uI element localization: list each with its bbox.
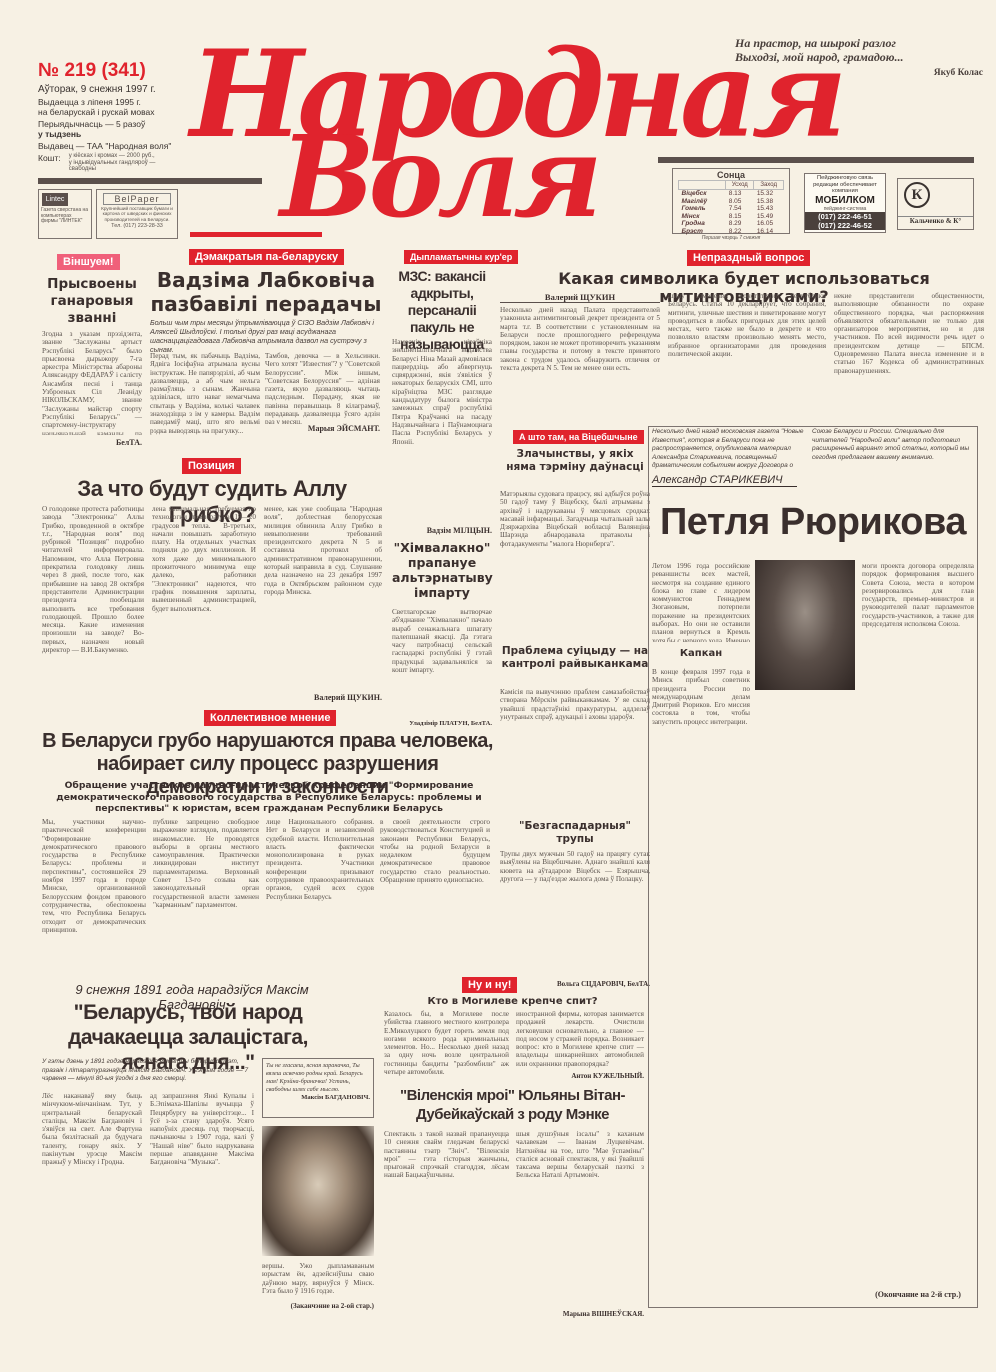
sun-city: Магілёў: [679, 198, 726, 206]
body-gribko-col2: лена минимальная, требуемая по технологи…: [152, 505, 256, 700]
byline-vilenskiya: Марына ВІШНЕЎСКАЯ.: [516, 1310, 644, 1318]
continued-bogdanovich: (Заканчэнне на 2-ой стар.): [262, 1302, 374, 1310]
body-rurikov-col1: Летом 1996 года российские реваншисты вс…: [652, 562, 750, 642]
body-gribko-col3: менее, как уже сообщала "Народная воля",…: [264, 505, 382, 690]
lede-bogdanovich: У гэты дзень у 1891 годзе нарадзіўся выд…: [42, 1058, 252, 1084]
sun-rise: 8.15: [726, 213, 754, 221]
kicker-mogilev: Ну и ну!: [462, 977, 517, 993]
body-labkovich-col2: Тамбов, девочка — в Хельсинки. Чего хотя…: [265, 352, 380, 424]
intro-rurikov-col2: Союзе Беларуси и России. Специально для …: [812, 428, 972, 462]
body-gribko-col1: О голодовке протеста работницы завода "Э…: [42, 505, 144, 700]
kicker-simvolika: Непраздный вопрос: [687, 250, 810, 266]
sun-rise: 8.05: [726, 198, 754, 206]
body-rights-col4: в своей деятельности строго руководствов…: [380, 818, 490, 968]
sun-city: Гомель: [679, 205, 726, 213]
lede-labkovich: Больш чым тры месяцы ўтрымліваюцца ў СІЗ…: [150, 318, 382, 354]
sun-rise: 8.22: [726, 228, 754, 236]
subhead-trupy: "Безгаспадарныя" трупы: [500, 820, 650, 846]
sun-set: 15.43: [754, 205, 784, 213]
sun-row: Віцебск8.1315.32: [679, 190, 784, 198]
sun-table: Усход Заход Віцебск8.1315.32 Магілёў8.05…: [678, 180, 784, 235]
sun-table-title: Сонца: [678, 170, 784, 180]
sun-row: Гомель7.5415.43: [679, 205, 784, 213]
masthead-rule-left: [38, 178, 262, 184]
sun-rise: 8.13: [726, 190, 754, 198]
byline-gribko: Валерий ЩУКИН.: [264, 693, 382, 702]
byline-vitsebsk: Вольга СЦДАРОВІЧ, БелТА.: [500, 980, 650, 988]
masthead-underline: [190, 232, 322, 237]
mobilcom-intro: Пейджинговую связь редакции обеспечивает…: [805, 174, 885, 195]
sun-set: 15.32: [754, 190, 784, 198]
sun-row: Брэст8.2216.14: [679, 228, 784, 236]
body-suicide: Камісія па вывучэнню праблем самазабойст…: [500, 688, 650, 813]
body-labkovich-col1: Перад тым, як пабачыць Вадзіма, Ядвіга І…: [150, 352, 260, 437]
masthead-rule-right: [658, 157, 974, 163]
sun-header-city: [679, 181, 726, 190]
photo-starikevich: [755, 560, 855, 690]
sun-table-box: Сонца Усход Заход Віцебск8.1315.32 Магіл…: [672, 168, 790, 234]
kicker-gribko: Позиция: [182, 458, 241, 474]
body-rurikov-col2: В конце февраля 1997 года в Минск прибыл…: [652, 668, 750, 1298]
sun-footnote: Першая чвэрць 7 снежня: [678, 235, 784, 241]
body-mogilev-col1: Казалось бы, в Могилеве после убийства г…: [384, 1010, 509, 1085]
sun-header-rise: Усход: [726, 181, 754, 190]
poem-box: Ты не згасаеш, ясная зараначка, Ты вязеш…: [262, 1058, 374, 1118]
sun-set: 16.14: [754, 228, 784, 236]
lintec-logo: Lintec: [42, 193, 68, 206]
epigraph: На прастор, на шырокі разлог Выходзі, мо…: [735, 36, 995, 80]
byline-khimvalakno: Уладзімір ПЛАТУН, БелТА.: [392, 720, 492, 727]
headline-rurikov: Петля Рюрикова: [648, 500, 978, 544]
body-vinshuem: Згодна з указам прэзідэнта, званне "Засл…: [42, 330, 142, 435]
sun-set: 15.49: [754, 213, 784, 221]
body-rights-col2: публике запрещено свободное выражение вз…: [153, 818, 259, 968]
byline-vinshuem: БелТА.: [42, 438, 142, 447]
body-trupy: Трупы двух мужчын 50 гадоў на працягу су…: [500, 850, 650, 970]
author-simvolika: Валерий ЩУКИН: [500, 292, 660, 303]
byline-mzs: Вадзім МІЛЦЫН.: [392, 526, 492, 535]
author-rurikov: Александр СТАРИКЕВИЧ: [652, 474, 797, 487]
body-khimvalakno: Светлагорскае вытворчае аб'яднанне "Хімв…: [392, 608, 492, 708]
body-simvolika-col3: некие представители общественности, выпо…: [834, 292, 984, 400]
kicker-mzs: Дыпламатычны кур'ер: [404, 250, 518, 264]
poem-text: Ты не згасаеш, ясная зараначка, Ты вязеш…: [266, 1062, 370, 1094]
headline-khimvalakno: "Хімвалакно" прапануе альтэрнатыву імпар…: [392, 540, 492, 600]
body-vitsebsk: Матэрыялы судовага працэсу, які адбыўся …: [500, 490, 650, 638]
mobilcom-phone-1: (017) 222-46-51: [805, 212, 885, 221]
belpaper-text: Крупнейший поставщик бумаги и картона от…: [97, 205, 177, 223]
sun-row: Мінск8.1515.49: [679, 213, 784, 221]
ad-kalchenko: К Кальченко & К°: [897, 178, 974, 230]
kicker-vinshuem: Віншуем!: [57, 254, 120, 270]
ad-belpaper: BelPaper Крупнейший поставщик бумаги и к…: [96, 189, 178, 239]
body-vilenskiya-col2: шыя душэўныя ізсалы" з каханым чалавекам…: [516, 1130, 644, 1308]
mobilcom-logo: МОБИЛКОМ: [805, 195, 885, 206]
headline-mogilev: Кто в Могилеве крепче спит?: [380, 996, 645, 1007]
sun-row: Магілёў8.0515.38: [679, 198, 784, 206]
byline-mogilev: Антон КУЖЕЛЬНЫЙ.: [516, 1072, 644, 1080]
photo-bogdanovich: [262, 1126, 374, 1256]
body-simvolika-col2: шину изменения Конституции Республики Бе…: [668, 292, 826, 400]
body-mzs: Намеснік кіраўніка знешнепалітычнага вед…: [392, 338, 492, 498]
headline-labkovich: Вадзіма Лабковіча пазбавілі перадачы: [150, 268, 382, 316]
intro-rurikov-col1: Несколько дней назад московская газета "…: [652, 428, 807, 471]
body-vilenskiya-col1: Спектакль з такой назвай прапануецца 10 …: [384, 1130, 509, 1320]
headline-vinshuem: Прысвоены ганаровыя званні: [42, 276, 142, 327]
price-vendors-2: свабодны: [69, 166, 156, 173]
kicker-labkovich: Дэмакратыя па-беларуску: [189, 249, 344, 265]
subhead-kapkan: Капкан: [652, 648, 750, 659]
masthead-title-line2: Воля: [280, 118, 596, 238]
body-rights-col3: лице Национального собрания. Нет в Белар…: [266, 818, 374, 968]
sun-city: Мінск: [679, 213, 726, 221]
kalchenko-logo: К: [904, 182, 930, 208]
sun-rise: 7.54: [726, 205, 754, 213]
sun-row: Гродна8.2916.05: [679, 220, 784, 228]
continued-rurikov: (Окончание на 2-й стр.): [862, 1290, 974, 1299]
headline-vitsebsk: Злачынствы, у якіх няма тэрміну даўнасці: [500, 448, 650, 474]
sun-city: Гродна: [679, 220, 726, 228]
sun-city: Брэст: [679, 228, 726, 236]
ad-mobilcom: Пейджинговую связь редакции обеспечивает…: [804, 173, 886, 233]
subhead-suicide: Праблема суіцыду — на кантролі райвыканк…: [500, 645, 650, 671]
poem-author: Максім БАГДАНОВІЧ.: [266, 1094, 370, 1101]
price-kiosk: у кіёсках і кромах — 2000 руб.,: [69, 153, 156, 160]
byline-labkovich: Марыя ЭЙСМАНТ.: [265, 424, 380, 433]
epigraph-line2: Выходзі, мой народ, грамадою...: [735, 50, 995, 64]
body-mogilev-col2: иностранной фирмы, которая занимается пр…: [516, 1010, 644, 1072]
lintec-text: Газета сверстана на компьютерах фирмы "Л…: [39, 206, 91, 227]
subheadline-rights: Обращение участников научно-практической…: [45, 780, 493, 815]
kalchenko-name: Кальченко & К°: [898, 216, 973, 225]
ad-lintec: Lintec Газета сверстана на компьютерах ф…: [38, 189, 92, 239]
belpaper-tel: Тел. (017) 223-28-33: [97, 223, 177, 229]
sun-set: 15.38: [754, 198, 784, 206]
body-simvolika-col1: Несколько дней назад Палата представител…: [500, 306, 660, 406]
kicker-rights: Коллективное мнение: [204, 710, 336, 726]
body-rights-col1: Мы, участники научно-практической конфер…: [42, 818, 146, 968]
sun-set: 16.05: [754, 220, 784, 228]
belpaper-logo: BelPaper: [103, 193, 171, 205]
body-bogdanovich-col2: ад запрашэння Янкі Купалы і Б.Эпімаха-Ша…: [150, 1092, 254, 1314]
sun-rise: 8.29: [726, 220, 754, 228]
epigraph-author: Якуб Колас: [735, 66, 983, 80]
kicker-vitsebsk: А што там, на Віцебшчыне: [513, 430, 644, 444]
sun-header-set: Заход: [754, 181, 784, 190]
epigraph-line1: На прастор, на шырокі разлог: [735, 36, 995, 50]
body-bogdanovich-col3: вершы. Ужо дыпламаваным юрыстам ён, адзе…: [262, 1262, 374, 1298]
body-bogdanovich-col1: Лёс наканаваў яму быць мінчукюм-мінчанін…: [42, 1092, 142, 1322]
mobilcom-phone-2: (017) 222-46-52: [805, 221, 885, 230]
sun-city: Віцебск: [679, 190, 726, 198]
price-label: Кошт:: [38, 153, 61, 173]
headline-vilenskiya: "Віленскія мроі" Юльяны Вітан-Дубейкаўск…: [380, 1086, 645, 1124]
body-rurikov-col3: моги проекта договора определяла порядок…: [862, 562, 974, 1272]
